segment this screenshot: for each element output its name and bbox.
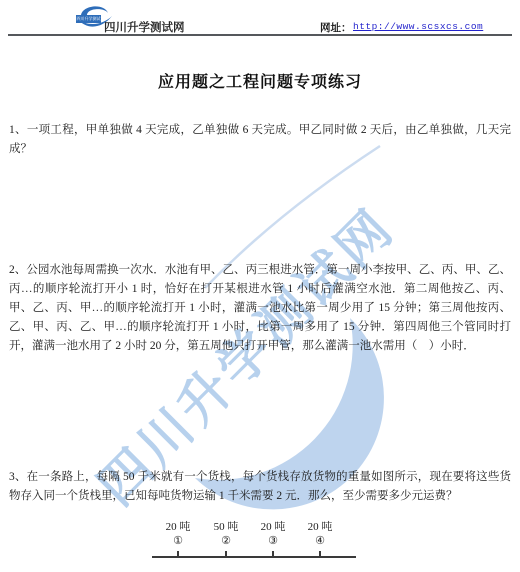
- station: 20 吨 ③: [251, 521, 295, 557]
- worksheet-page: 四川升学测试网 四川升学测试网 四川升学测试网 网址： http://www.s…: [0, 0, 520, 572]
- station: 50 吨 ②: [204, 521, 248, 557]
- question-3: 3、在一条路上，每隔 50 千米就有一个货栈，每个货栈存放货物的重量如图所示，现…: [9, 468, 511, 506]
- station-marker: ④: [315, 534, 325, 548]
- station-weight: 20 吨: [166, 521, 191, 534]
- page-title: 应用题之工程问题专项练习: [0, 69, 520, 92]
- logo-banner-text: 四川升学测试网: [76, 15, 101, 23]
- question-1: 1、一项工程，甲单独做 4 天完成，乙单独做 6 天完成。甲乙同时做 2 天后，…: [9, 121, 511, 159]
- station-marker: ②: [221, 534, 231, 548]
- station: 20 吨 ①: [156, 521, 200, 557]
- header: 四川升学测试网 四川升学测试网 网址： http://www.scsxcs.co…: [0, 0, 520, 36]
- station-marker: ①: [173, 534, 183, 548]
- site-url-link[interactable]: http://www.scsxcs.com: [353, 21, 483, 32]
- header-rule: [8, 34, 512, 36]
- question-2: 2、公园水池每周需换一次水．水池有甲、乙、丙三根进水管．第一周小李按甲、乙、丙、…: [9, 261, 511, 356]
- number-line: [152, 556, 356, 558]
- document-content: 应用题之工程问题专项练习 1、一项工程，甲单独做 4 天完成，乙单独做 6 天完…: [0, 0, 520, 572]
- station: 20 吨 ④: [298, 521, 342, 557]
- site-name: 四川升学测试网: [104, 19, 185, 35]
- station-weight: 20 吨: [308, 521, 333, 534]
- url-label: 网址：: [320, 20, 352, 35]
- station-weight: 50 吨: [214, 521, 239, 534]
- station-marker: ③: [268, 534, 278, 548]
- freight-diagram: 20 吨 ① 50 吨 ② 20 吨 ③ 20 吨 ④: [140, 518, 380, 568]
- station-weight: 20 吨: [261, 521, 286, 534]
